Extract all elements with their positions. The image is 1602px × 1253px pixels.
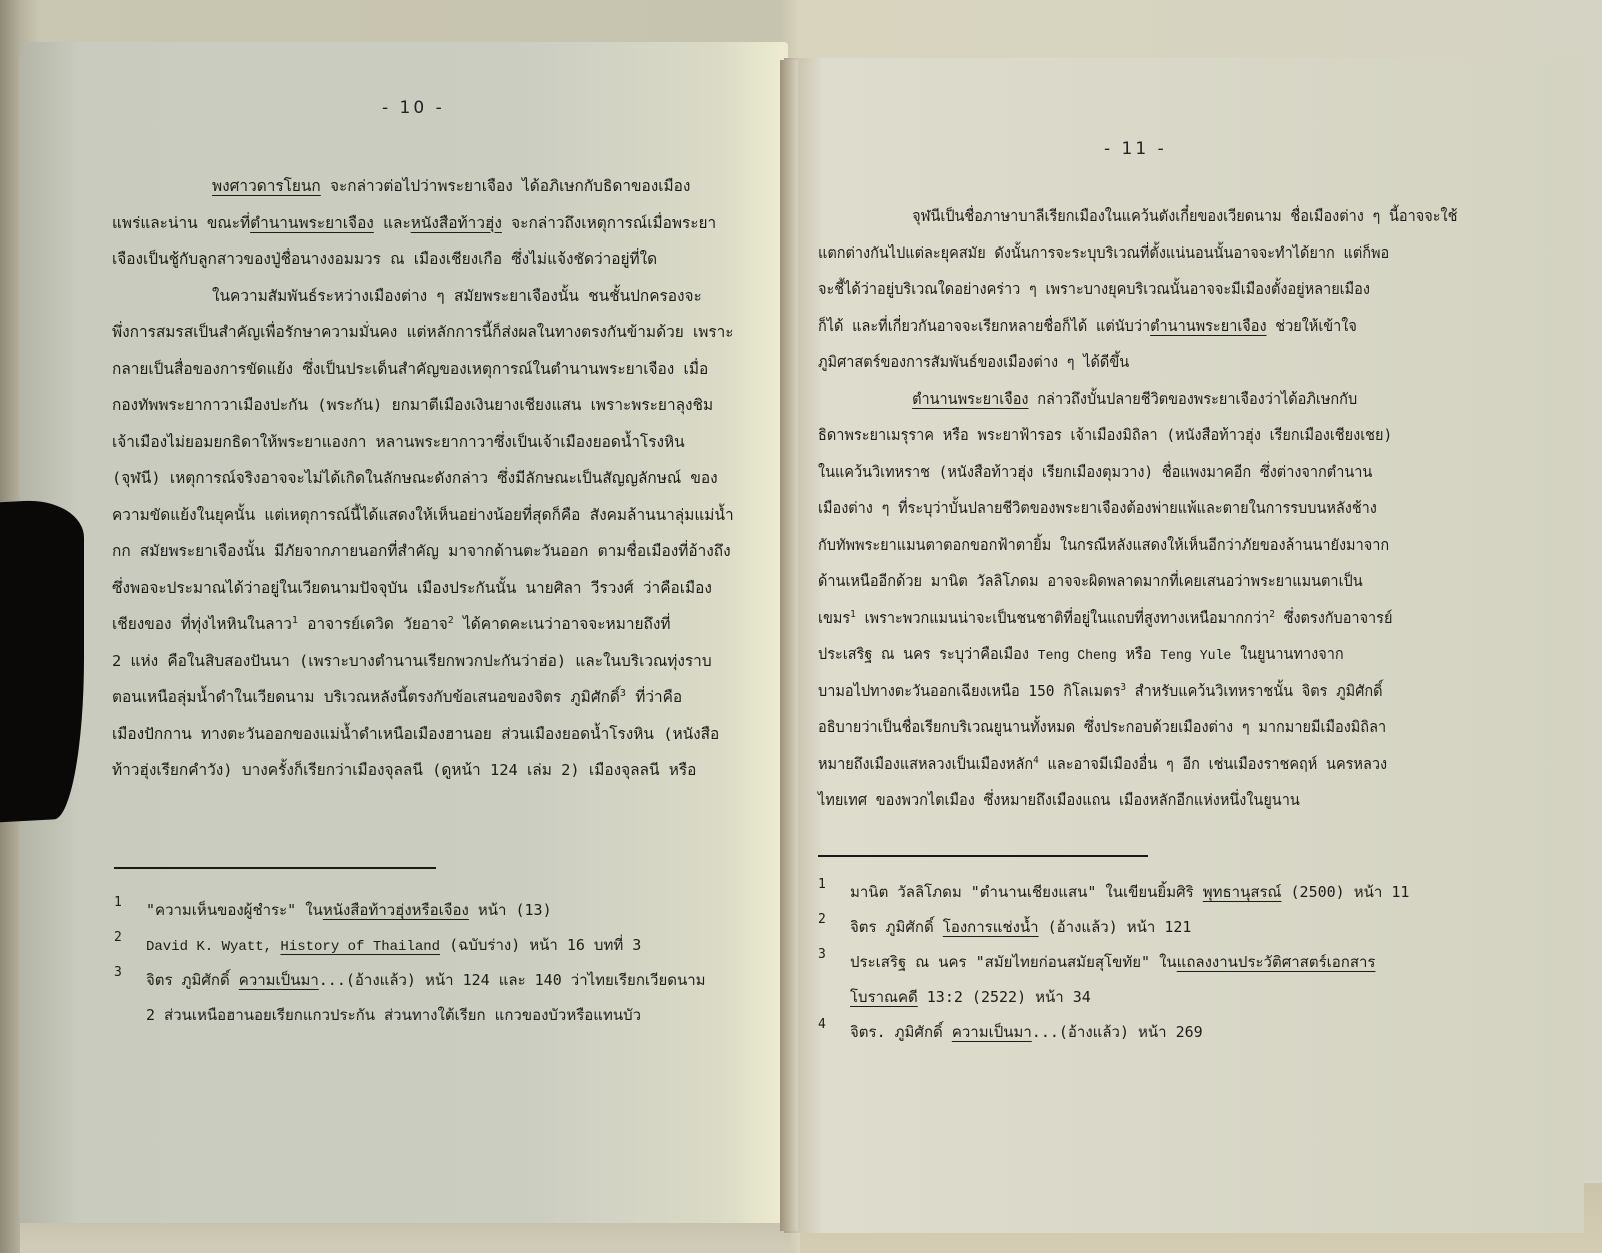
text-run: (ฉบับร่าง) หน้า 16 บทที่ 3 bbox=[440, 936, 641, 954]
text-run: และอาจมีเมืองอื่น ๆ อีก เช่นเมืองราชคฤห์… bbox=[1039, 755, 1387, 773]
text-run: หน้า (13) bbox=[469, 901, 552, 919]
text-line: ท้าวฮุ่งเรียกคำวัง) บางครั้งก็เรียกว่าเม… bbox=[112, 752, 734, 789]
footnote: โบราณคดี 13:2 (2522) หน้า 34 bbox=[818, 980, 1409, 1015]
footnote: 2David K. Wyatt, History of Thailand (ฉบ… bbox=[114, 928, 706, 963]
underlined-title: โบราณคดี bbox=[850, 988, 918, 1006]
text-run: จิตร. ภูมิศักดิ์ bbox=[850, 1023, 952, 1041]
text-run: จุฬนีเป็นชื่อภาษาบาลีเรียกเมืองในแคว้นตั… bbox=[912, 207, 1457, 225]
text-run: ในยูนานทางจาก bbox=[1231, 645, 1343, 663]
text-line: กก สมัยพระยาเจืองนั้น มีภัยจากภายนอกที่ส… bbox=[112, 533, 734, 570]
footnote: 1มานิต วัลลิโภดม "ตำนานเชียงแสน" ในเขียน… bbox=[818, 875, 1409, 910]
text-run: 2 แห่ง คือในสิบสองปันนา (เพราะบางตำนานเร… bbox=[112, 652, 712, 670]
thumb-shadow-blot bbox=[0, 498, 84, 822]
text-run: จิตร ภูมิศักดิ์ bbox=[146, 971, 239, 989]
text-run: จะกล่าวต่อไปว่าพระยาเจือง ได้อภิเษกกับธิ… bbox=[321, 177, 691, 195]
underlined-title: โองการแช่งน้ำ bbox=[943, 918, 1039, 936]
text-line: ธิดาพระยาเมรุราค หรือ พระยาฟ้ารอร เจ้าเม… bbox=[818, 417, 1457, 454]
text-line: อธิบายว่าเป็นชื่อเรียกบริเวณยูนานทั้งหมด… bbox=[818, 709, 1457, 746]
text-line: เมืองปักกาน ทางตะวันออกของแม่น้ำดำเหนือเ… bbox=[112, 716, 734, 753]
text-run: จะกล่าวถึงเหตุการณ์เมื่อพระยา bbox=[502, 214, 716, 232]
text-run: บามอไปทางตะวันออกเฉียงเหนือ 150 กิโลเมตร bbox=[818, 682, 1120, 700]
text-line: กลายเป็นสื่อของการขัดแย้ง ซึ่งเป็นประเด็… bbox=[112, 351, 734, 388]
left-footnote-rule bbox=[114, 867, 436, 869]
text-run: อธิบายว่าเป็นชื่อเรียกบริเวณยูนานทั้งหมด… bbox=[818, 718, 1386, 736]
text-line: ในความสัมพันธ์ระหว่างเมืองต่าง ๆ สมัยพระ… bbox=[112, 278, 734, 315]
footnote: 4จิตร. ภูมิศักดิ์ ความเป็นมา...(อ้างแล้ว… bbox=[818, 1015, 1409, 1050]
text-line: แตกต่างกันไปแต่ละยุคสมัย ดังนั้นการจะระบ… bbox=[818, 235, 1457, 272]
text-run: Teng Cheng bbox=[1038, 648, 1117, 664]
text-line: ตำนานพระยาเจือง กล่าวถึงบั้นปลายชีวิตของ… bbox=[818, 381, 1457, 418]
text-run: เพราะพวกแมนน่าจะเป็นชนชาติที่อยู่ในแถบที… bbox=[856, 609, 1269, 627]
footnote: 3ประเสริฐ ณ นคร "สมัยไทยก่อนสมัยสุโขทัย"… bbox=[818, 945, 1409, 980]
text-run: (อ้างแล้ว) หน้า 121 bbox=[1039, 918, 1192, 936]
text-run: ...(อ้างแล้ว) หน้า 124 และ 140 ว่าไทยเรี… bbox=[319, 971, 706, 989]
text-line: ด้านเหนืออีกด้วย มานิต วัลลิโภดม อาจจะผิ… bbox=[818, 563, 1457, 600]
footnote-number: 3 bbox=[114, 955, 122, 990]
text-run: ก็ได้ และที่เกี่ยวกันอาจจะเรียกหลายชื่อก… bbox=[818, 317, 1150, 335]
text-run: กก สมัยพระยาเจืองนั้น มีภัยจากภายนอกที่ส… bbox=[112, 542, 731, 560]
text-run: เจ้าเมืองไม่ยอมยกธิดาให้พระยาแองกา หลานพ… bbox=[112, 433, 685, 451]
text-run: ที่ว่าคือ bbox=[626, 688, 682, 706]
left-body-text: พงศาวดารโยนก จะกล่าวต่อไปว่าพระยาเจือง ไ… bbox=[112, 168, 734, 789]
text-run: ด้านเหนืออีกด้วย มานิต วัลลิโภดม อาจจะผิ… bbox=[818, 572, 1363, 590]
text-line: ไทยเทศ ของพวกไตเมือง ซึ่งหมายถึงเมืองแถน… bbox=[818, 782, 1457, 819]
underlined-title: History of Thailand bbox=[280, 939, 440, 955]
text-run: จิตร ภูมิศักดิ์ bbox=[850, 918, 943, 936]
text-run: เมืองต่าง ๆ ที่ระบุว่าบั้นปลายชีวิตของพร… bbox=[818, 499, 1377, 517]
text-line: หมายถึงเมืองแสหลวงเป็นเมืองหลัก4 และอาจม… bbox=[818, 746, 1457, 783]
text-line: เจืองเป็นชู้กับลูกสาวของปู่ชื่อนางงอมมวร… bbox=[112, 241, 734, 278]
text-line: ซึ่งพอจะประมาณได้ว่าอยู่ในเวียดนามปัจจุบ… bbox=[112, 570, 734, 607]
text-run: มานิต วัลลิโภดม "ตำนานเชียงแสน" ในเขียนย… bbox=[850, 883, 1203, 901]
text-line: ความขัดแย้งในยุคนั้น แต่เหตุการณ์นี้ได้แ… bbox=[112, 497, 734, 534]
text-run: ได้คาดคะเนว่าอาจจะหมายถึงที่ bbox=[454, 615, 671, 633]
text-run: ...(อ้างแล้ว) หน้า 269 bbox=[1032, 1023, 1203, 1041]
text-line: กองทัพพระยากาวาเมืองปะกัน (พระกัน) ยกมาต… bbox=[112, 387, 734, 424]
text-line: เชียงของ ที่ทุ่งไหหินในลาว1 อาจารย์เดวิด… bbox=[112, 606, 734, 643]
text-run: สำหรับแคว้นวิเทหราชนั้น จิตร ภูมิศักดิ์ bbox=[1126, 682, 1383, 700]
text-run: ซึ่งตรงกับอาจารย์ bbox=[1275, 609, 1393, 627]
left-footnotes: 1"ความเห็นของผู้ชำระ" ในหนังสือท้าวฮุ่งห… bbox=[114, 893, 706, 1033]
underlined-title: หนังสือท้าวฮุ่ง bbox=[411, 214, 502, 232]
text-run: กับทัพพระยาแมนตาตอกขอกฟ้าตายิ้ม ในกรณีหล… bbox=[818, 536, 1389, 554]
footnote-number: 2 bbox=[114, 920, 122, 955]
underlined-title: ความเป็นมา bbox=[952, 1023, 1032, 1041]
text-line: เจ้าเมืองไม่ยอมยกธิดาให้พระยาแองกา หลานพ… bbox=[112, 424, 734, 461]
text-run: และ bbox=[374, 214, 411, 232]
text-line: กับทัพพระยาแมนตาตอกขอกฟ้าตายิ้ม ในกรณีหล… bbox=[818, 527, 1457, 564]
text-run: พึ่งการสมรสเป็นสำคัญเพื่อรักษาความมั่นคง… bbox=[112, 323, 734, 341]
footnote: 2 ส่วนเหนือฮานอยเรียกแกวประกัน ส่วนทางใต… bbox=[114, 998, 706, 1033]
text-run: ความขัดแย้งในยุคนั้น แต่เหตุการณ์นี้ได้แ… bbox=[112, 506, 734, 524]
text-line: ในแคว้นวิเทหราช (หนังสือท้าวฮุ่ง เรียกเม… bbox=[818, 454, 1457, 491]
text-line: พึ่งการสมรสเป็นสำคัญเพื่อรักษาความมั่นคง… bbox=[112, 314, 734, 351]
text-run: ในความสัมพันธ์ระหว่างเมืองต่าง ๆ สมัยพระ… bbox=[212, 287, 702, 305]
text-run: กลายเป็นสื่อของการขัดแย้ง ซึ่งเป็นประเด็… bbox=[112, 360, 708, 378]
underlined-title: ตำนานพระยาเจือง bbox=[1150, 317, 1266, 335]
text-run: ภูมิศาสตร์ของการสัมพันธ์ของเมืองต่าง ๆ ไ… bbox=[818, 353, 1129, 371]
footnote-number: 1 bbox=[114, 885, 122, 920]
text-run: อาจารย์เดวิด วัยอาจ bbox=[298, 615, 448, 633]
left-page-number: - 10 - bbox=[382, 98, 445, 118]
text-line: พงศาวดารโยนก จะกล่าวต่อไปว่าพระยาเจือง ไ… bbox=[112, 168, 734, 205]
footnote: 3จิตร ภูมิศักดิ์ ความเป็นมา...(อ้างแล้ว)… bbox=[114, 963, 706, 998]
underlined-title: พงศาวดารโยนก bbox=[212, 177, 321, 195]
text-line: ก็ได้ และที่เกี่ยวกันอาจจะเรียกหลายชื่อก… bbox=[818, 308, 1457, 345]
text-run: ประเสริฐ ณ นคร ระบุว่าคือเมือง bbox=[818, 645, 1038, 663]
text-run: เชียงของ ที่ทุ่งไหหินในลาว bbox=[112, 615, 292, 633]
underlined-title: หนังสือท้าวฮุ่งหรือเจือง bbox=[323, 901, 469, 919]
footnote-number: 4 bbox=[818, 1007, 826, 1042]
text-run: David K. Wyatt, bbox=[146, 939, 280, 955]
footnote-number: 2 bbox=[818, 902, 826, 937]
underlined-title: แถลงงานประวัติศาสตร์เอกสาร bbox=[1177, 953, 1376, 971]
footnote-number: 1 bbox=[818, 867, 826, 902]
text-run: เขมร bbox=[818, 609, 850, 627]
text-run: ซึ่งพอจะประมาณได้ว่าอยู่ในเวียดนามปัจจุบ… bbox=[112, 579, 712, 597]
text-run: ไทยเทศ ของพวกไตเมือง ซึ่งหมายถึงเมืองแถน… bbox=[818, 791, 1300, 809]
underlined-title: ตำนานพระยาเจือง bbox=[250, 214, 374, 232]
text-run: กล่าวถึงบั้นปลายชีวิตของพระยาเจืองว่าได้… bbox=[1029, 390, 1358, 408]
text-run: 2 ส่วนเหนือฮานอยเรียกแกวประกัน ส่วนทางใต… bbox=[146, 1006, 641, 1024]
text-line: จุฬนีเป็นชื่อภาษาบาลีเรียกเมืองในแคว้นตั… bbox=[818, 198, 1457, 235]
text-run: 13:2 (2522) หน้า 34 bbox=[918, 988, 1091, 1006]
right-footnote-rule bbox=[818, 855, 1148, 857]
text-run: กองทัพพระยากาวาเมืองปะกัน (พระกัน) ยกมาต… bbox=[112, 396, 713, 414]
text-run: ช่วยให้เข้าใจ bbox=[1267, 317, 1357, 335]
footnote-number: 3 bbox=[818, 937, 826, 972]
right-footnotes: 1มานิต วัลลิโภดม "ตำนานเชียงแสน" ในเขียน… bbox=[818, 875, 1409, 1050]
text-run: หมายถึงเมืองแสหลวงเป็นเมืองหลัก bbox=[818, 755, 1033, 773]
text-run: จะชี้ได้ว่าอยู่บริเวณใดอย่างคร่าว ๆ เพรา… bbox=[818, 280, 1370, 298]
text-run: หรือ bbox=[1117, 645, 1160, 663]
text-line: เขมร1 เพราะพวกแมนน่าจะเป็นชนชาติที่อยู่ใ… bbox=[818, 600, 1457, 637]
text-run: ท้าวฮุ่งเรียกคำวัง) บางครั้งก็เรียกว่าเม… bbox=[112, 761, 696, 779]
text-line: เมืองต่าง ๆ ที่ระบุว่าบั้นปลายชีวิตของพร… bbox=[818, 490, 1457, 527]
text-run: (2500) หน้า 11 bbox=[1281, 883, 1409, 901]
text-line: ตอนเหนือลุ่มน้ำดำในเวียดนาม บริเวณหลังนี… bbox=[112, 679, 734, 716]
text-run: แตกต่างกันไปแต่ละยุคสมัย ดังนั้นการจะระบ… bbox=[818, 244, 1389, 262]
underlined-title: ความเป็นมา bbox=[239, 971, 319, 989]
text-run: "ความเห็นของผู้ชำระ" ใน bbox=[146, 901, 323, 919]
text-line: (จุฬนี) เหตุการณ์จริงอาจจะไม่ได้เกิดในลั… bbox=[112, 460, 734, 497]
underlined-title: ตำนานพระยาเจือง bbox=[912, 390, 1028, 408]
text-run: ธิดาพระยาเมรุราค หรือ พระยาฟ้ารอร เจ้าเม… bbox=[818, 426, 1392, 444]
footnote: 1"ความเห็นของผู้ชำระ" ในหนังสือท้าวฮุ่งห… bbox=[114, 893, 706, 928]
text-run: แพร่และน่าน ขณะที่ bbox=[112, 214, 250, 232]
text-run: เมืองปักกาน ทางตะวันออกของแม่น้ำดำเหนือเ… bbox=[112, 725, 719, 743]
right-body-text: จุฬนีเป็นชื่อภาษาบาลีเรียกเมืองในแคว้นตั… bbox=[818, 198, 1498, 819]
text-line: แพร่และน่าน ขณะที่ตำนานพระยาเจือง และหนั… bbox=[112, 205, 734, 242]
footnote: 2จิตร ภูมิศักดิ์ โองการแช่งน้ำ (อ้างแล้ว… bbox=[818, 910, 1409, 945]
text-line: ภูมิศาสตร์ของการสัมพันธ์ของเมืองต่าง ๆ ไ… bbox=[818, 344, 1457, 381]
text-line: จะชี้ได้ว่าอยู่บริเวณใดอย่างคร่าว ๆ เพรา… bbox=[818, 271, 1457, 308]
right-page-number: - 11 - bbox=[1104, 139, 1167, 159]
text-line: 2 แห่ง คือในสิบสองปันนา (เพราะบางตำนานเร… bbox=[112, 643, 734, 680]
underlined-title: พุทธานุสรณ์ bbox=[1203, 883, 1282, 901]
text-run: Teng Yule bbox=[1160, 648, 1231, 664]
text-run: ประเสริฐ ณ นคร "สมัยไทยก่อนสมัยสุโขทัย" … bbox=[850, 953, 1177, 971]
text-line: ประเสริฐ ณ นคร ระบุว่าคือเมือง Teng Chen… bbox=[818, 636, 1457, 673]
text-run: เจืองเป็นชู้กับลูกสาวของปู่ชื่อนางงอมมวร… bbox=[112, 250, 657, 268]
text-run: (จุฬนี) เหตุการณ์จริงอาจจะไม่ได้เกิดในลั… bbox=[112, 469, 718, 487]
book-gutter bbox=[780, 60, 798, 1231]
text-run: ในแคว้นวิเทหราช (หนังสือท้าวฮุ่ง เรียกเม… bbox=[818, 463, 1372, 481]
text-run: ตอนเหนือลุ่มน้ำดำในเวียดนาม บริเวณหลังนี… bbox=[112, 688, 620, 706]
text-line: บามอไปทางตะวันออกเฉียงเหนือ 150 กิโลเมตร… bbox=[818, 673, 1457, 710]
